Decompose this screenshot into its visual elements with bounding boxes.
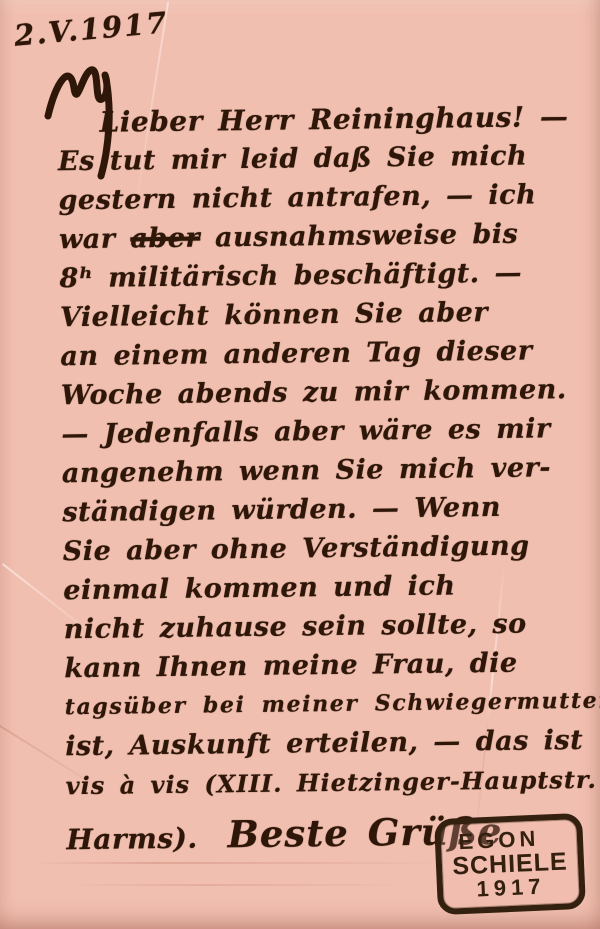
letter-line: Sie aber ohne Verständigung — [63, 526, 595, 571]
letter-line: gestern nicht antrafen, — ich — [58, 175, 590, 220]
signature-stamp-line: 1917 — [476, 874, 546, 901]
letter-line: nicht zuhause sein sollte, so — [64, 604, 596, 649]
letter-line: war aber ausnahmsweise bis — [59, 214, 591, 259]
letter-line: — Jedenfalls aber wäre es mir — [61, 409, 593, 454]
letter-line: Lieber Herr Reininghaus! — — [57, 97, 589, 142]
letter-text-block: Lieber Herr Reininghaus! — Es tut mir le… — [57, 97, 598, 867]
letter-line: ist, Auskunft erteilen, — das ist — [65, 721, 597, 766]
letter-line: Vielleicht können Sie aber — [60, 292, 592, 337]
letter-line: tagsüber bei meiner Schwiegermutter — [64, 682, 596, 727]
signature-stamp: EGON SCHIELE 1917 — [434, 813, 586, 915]
letter-line: angenehm wenn Sie mich ver- — [62, 448, 594, 493]
letter-line: an einem anderen Tag dieser — [60, 331, 592, 376]
letter-line: 8ʰ militärisch beschäftigt. — — [59, 253, 591, 298]
letter-line: Es tut mir leid daß Sie mich — [58, 136, 590, 181]
paper-crease — [60, 884, 420, 886]
closing-word: Harms). — [66, 822, 198, 857]
letter-line: ständigen würden. — Wenn — [62, 487, 594, 532]
letter-paper: 2.V.1917 Lieber Herr Reininghaus! — Es t… — [0, 0, 600, 929]
letter-line: kann Ihnen meine Frau, die — [64, 643, 596, 688]
struck-word: aber — [130, 223, 200, 255]
letter-date: 2.V.1917 — [13, 5, 170, 52]
letter-line: einmal kommen und ich — [63, 565, 595, 610]
letter-line: Woche abends zu mir kommen. — [61, 370, 593, 415]
letter-line-segment: war — [59, 223, 131, 255]
letter-line: vis à vis (XIII. Hietzinger-Hauptstr. 11… — [65, 760, 597, 805]
letter-line-segment: ausnahmsweise bis — [200, 219, 518, 254]
